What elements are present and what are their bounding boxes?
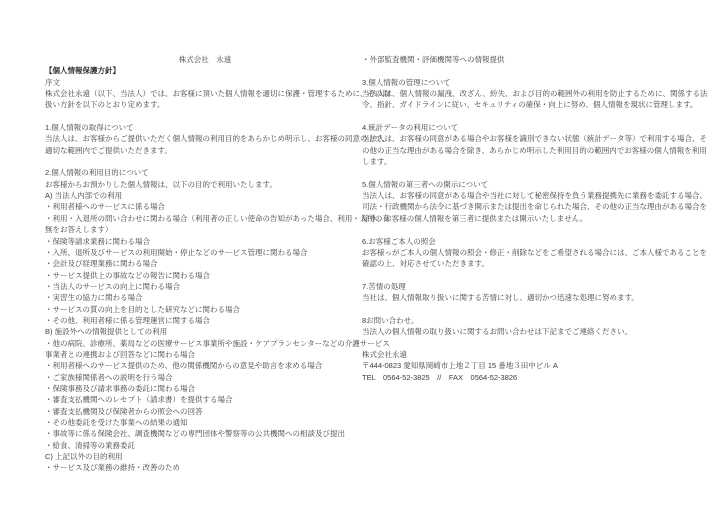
- doc-line: TEL 0564-52-3825 // FAX 0564-52-3826: [362, 372, 694, 383]
- doc-line: 6.お客様ご本人の照会: [362, 236, 694, 247]
- paragraph-block: 2.個人情報の利用目的についてお客様からお預かりした個人情報は、以下の目的で利用…: [45, 167, 365, 473]
- doc-line: 扱い方針を以下のとおり定めます。: [45, 99, 365, 110]
- doc-line: 令、指針、ガイドラインに従い、セキュリティの確保・向上に努め、個人情報を現状に管…: [362, 99, 694, 110]
- doc-line: ・給食、清掃等の業務委託: [45, 440, 365, 451]
- doc-line: ・サービスの質の向上を目的とした研究などに関わる場合: [45, 304, 365, 315]
- doc-line: 3.個人情報の管理について: [362, 77, 694, 88]
- doc-line: 当社は、個人情報取り扱いに関する苦情に対し、適切かつ迅速な処理に努めます。: [362, 292, 694, 303]
- paragraph-block: 6.お客様ご本人の照会お客様っがご本人の個人情報の照会・修正・削除などをご希望さ…: [362, 236, 694, 270]
- left-column: 株式会社 永遠 【個人情報保護方針】 序文株式会社永遠（以下、当法人）では、お客…: [45, 54, 365, 474]
- doc-line: お客様っがご本人の個人情報の照会・修正・削除などをご希望される場合には、ご本人様…: [362, 247, 694, 258]
- doc-line: 1.個人情報の取得について: [45, 122, 365, 133]
- doc-line: ・ご家族様関係者への説明を行う場合: [45, 372, 365, 383]
- doc-line: 5.個人情報の第三者への開示について: [362, 179, 694, 190]
- doc-line: 無をお答えします）: [45, 224, 365, 235]
- doc-line: ・その他委託を受けた事業への結果の通知: [45, 417, 365, 428]
- doc-line: ・当法人のサービスの向上に関わる場合: [45, 281, 365, 292]
- doc-line: 当法人の個人情報の取り扱いに関するお問い合わせは下記までご連絡ください。: [362, 326, 694, 337]
- doc-line: ・会計及び経理業務に関わる場合: [45, 258, 365, 269]
- doc-line: 7.苦情の処理: [362, 281, 694, 292]
- doc-line: 株式会社永遠（以下、当法人）では、お客様に頂いた個人情報を適切に保護・管理するた…: [45, 88, 365, 99]
- doc-line: します。: [362, 156, 694, 167]
- doc-line: の他の正当な理由がある場合を除き、あらかじめ明示した利用目的の範囲内でお客様の個…: [362, 145, 694, 156]
- paragraph-block: 3.個人情報の管理について当法人は、個人情報の漏洩、改ざん、紛失、および目的の範…: [362, 77, 694, 111]
- paragraph-block: 5.個人情報の第三者への開示について当法人は、お客様の同意がある場合や当社に対し…: [362, 179, 694, 224]
- doc-line: ・他の病院、診療所、薬局などの医療サービス事業所や施設・ケアプランセンターなどの…: [45, 338, 365, 349]
- paragraph-block: 株式会社永遠〒444-0823 愛知県岡崎市上地２丁目 15 番地３田中ビル A…: [362, 349, 694, 383]
- left-column-blocks: 序文株式会社永遠（以下、当法人）では、お客様に頂いた個人情報を適切に保護・管理す…: [45, 77, 365, 474]
- doc-line: ・その他、利用者様に係る管理運営に関する場合: [45, 315, 365, 326]
- paragraph-block: 4.統計データの利用について当法人は、お客様の同意がある場合やお客様を識別できな…: [362, 122, 694, 167]
- paragraph-block: ・外部監査機関・評価機関等への情報提供: [362, 54, 694, 65]
- right-column-blocks: ・外部監査機関・評価機関等への情報提供3.個人情報の管理について当法人は、個人情…: [362, 54, 694, 383]
- doc-line: ・審査支払機関及び保険者からの照会への回答: [45, 406, 365, 417]
- doc-line: B) 施設外への情報提供としての利用: [45, 326, 365, 337]
- doc-line: ・保険事務及び請求事務の委託に関わる場合: [45, 383, 365, 394]
- doc-line: ・利用者様へのサービス提供のため、他の関係機関からの意見や助言を求める場合: [45, 360, 365, 371]
- doc-line: 当法人は、個人情報の漏洩、改ざん、紛失、および目的の範囲外の利用を防止するために…: [362, 88, 694, 99]
- doc-line: ・入所、退所及びサービスの利用開始・停止などのサービス管理に関わる場合: [45, 247, 365, 258]
- doc-line: ・保険等請求業務に関わる場合: [45, 236, 365, 247]
- doc-line: ・実習生の協力に関わる場合: [45, 292, 365, 303]
- doc-line: 当法人は、お客様の同意がある場合やお客様を識別できない状態（統計データ等）で利用…: [362, 133, 694, 144]
- policy-title: 【個人情報保護方針】: [45, 65, 365, 76]
- doc-line: 株式会社永遠: [362, 349, 694, 360]
- doc-line: C) 上記以外の目的利用: [45, 451, 365, 462]
- doc-line: 確認の上、対応させていただきます。: [362, 258, 694, 269]
- doc-line: ・サービス及び業務の維持・改善のため: [45, 462, 365, 473]
- document-page: 株式会社 永遠 【個人情報保護方針】 序文株式会社永遠（以下、当法人）では、お客…: [0, 0, 720, 509]
- doc-line: A) 当法人内部での利用: [45, 190, 365, 201]
- doc-line: ・外部監査機関・評価機関等への情報提供: [362, 54, 694, 65]
- doc-line: ・事故等に係る保険会社、調査機関などの専門団体や警察等の公共機関への相談及び提出: [45, 428, 365, 439]
- doc-line: お客様からお預かりした個人情報は、以下の目的で利用いたします。: [45, 179, 365, 190]
- doc-line: 適切な範囲内でご提供いただきます。: [45, 145, 365, 156]
- doc-line: 2.個人情報の利用目的について: [45, 167, 365, 178]
- doc-line: 当法人は、お客様の同意がある場合や当社に対して秘密保持を負う業務提携先に業務を委…: [362, 190, 694, 201]
- doc-line: 除き、お客様の個人情報を第三者に提供または開示いたしません。: [362, 213, 694, 224]
- paragraph-block: 1.個人情報の取得について当法人は、お客様からご提供いただく個人情報の利用目的を…: [45, 122, 365, 156]
- doc-line: ・利用者様へのサービスに係る場合: [45, 201, 365, 212]
- company-header: 株式会社 永遠: [45, 54, 365, 65]
- doc-line: 事業者との連携および回答などに関わる場合: [45, 349, 365, 360]
- paragraph-block: 7.苦情の処理当社は、個人情報取り扱いに関する苦情に対し、適切かつ迅速な処理に努…: [362, 281, 694, 304]
- doc-line: 序文: [45, 77, 365, 88]
- doc-line: ・サービス提供上の事故などの報告に関わる場合: [45, 270, 365, 281]
- doc-line: ・審査支払機関へのレセプト（請求書）を提供する場合: [45, 394, 365, 405]
- doc-line: 当法人は、お客様からご提供いただく個人情報の利用目的をあらかじめ明示し、お客様の…: [45, 133, 365, 144]
- paragraph-block: 序文株式会社永遠（以下、当法人）では、お客様に頂いた個人情報を適切に保護・管理す…: [45, 77, 365, 111]
- doc-line: 4.統計データの利用について: [362, 122, 694, 133]
- doc-line: 8お問い合わせ。: [362, 315, 694, 326]
- paragraph-block: 8お問い合わせ。当法人の個人情報の取り扱いに関するお問い合わせは下記までご連絡く…: [362, 315, 694, 338]
- doc-line: ・利用・入退所の問い合わせに関わる場合（利用者の正しい使命の告知があった場合、利…: [45, 213, 365, 224]
- doc-line: 司法・行政機関から法令に基づき開示または提出を命じられた場合、その他の正当な理由…: [362, 201, 694, 212]
- doc-line: 〒444-0823 愛知県岡崎市上地２丁目 15 番地３田中ビル A: [362, 360, 694, 371]
- right-column: ・外部監査機関・評価機関等への情報提供3.個人情報の管理について当法人は、個人情…: [362, 54, 694, 383]
